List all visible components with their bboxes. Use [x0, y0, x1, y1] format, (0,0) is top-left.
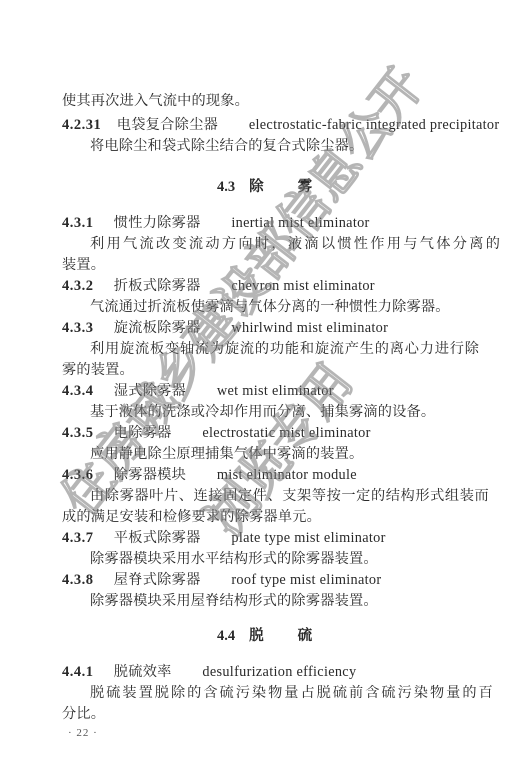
- term-chinese: 湿式除雾器: [114, 382, 186, 400]
- term-english: electrostatic mist eliminator: [202, 425, 370, 441]
- term-english: whirlwind mist eliminator: [231, 320, 388, 336]
- term-definition: 由除雾器叶片、连接固定件、支架等按一定的结构形式组装而: [90, 487, 489, 505]
- term-entry-heading: 4.3.8 屋脊式除雾器 roof type mist eliminator: [62, 571, 381, 589]
- term-number: 4.3.7: [62, 529, 109, 547]
- section-title-char: 雾: [298, 178, 313, 195]
- term-chinese: 折板式除雾器: [114, 277, 201, 295]
- term-entry-heading: 4.4.1 脱硫效率 desulfurization efficiency: [62, 663, 356, 681]
- section-number: 4.3: [217, 179, 235, 195]
- continuation-text: 使其再次进入气流中的现象。: [62, 92, 249, 110]
- term-chinese: 屋脊式除雾器: [114, 571, 201, 589]
- term-chinese: 旋流板除雾器: [114, 319, 201, 337]
- term-definition: 脱硫装置脱除的含硫污染物量占脱硫前含硫污染物量的百: [90, 684, 495, 702]
- section-title-char: 脱: [249, 627, 264, 644]
- term-english: plate type mist eliminator: [231, 530, 385, 546]
- section-number: 4.4: [217, 628, 235, 644]
- term-definition: 装置。: [62, 256, 105, 274]
- term-definition: 利用气流改变流动方向时，液滴以惯性作用与气体分离的: [90, 235, 502, 253]
- term-number: 4.3.8: [62, 571, 109, 589]
- term-definition: 气流通过折流板使雾滴与气体分离的一种惯性力除雾器。: [90, 298, 450, 316]
- term-number: 4.3.1: [62, 214, 109, 232]
- page-number: · 22 ·: [68, 727, 98, 739]
- term-number: 4.3.3: [62, 319, 109, 337]
- term-definition: 分比。: [62, 705, 105, 723]
- term-number: 4.3.2: [62, 277, 109, 295]
- term-definition: 利用旋流板变轴流为旋流的功能和旋流产生的离心力进行除: [90, 340, 480, 358]
- term-definition: 基于液体的洗涤或冷却作用而分离、捕集雾滴的设备。: [90, 403, 435, 421]
- document-page: 使其再次进入气流中的现象。 4.2.31 电袋复合除尘器 electrostat…: [0, 0, 529, 768]
- term-english: inertial mist eliminator: [231, 215, 369, 231]
- term-definition: 除雾器模块采用屋脊结构形式的除雾器装置。: [90, 592, 378, 610]
- section-title-char: 除: [249, 178, 264, 195]
- term-chinese: 电除雾器: [114, 424, 172, 442]
- term-number: 4.3.4: [62, 382, 109, 400]
- term-definition: 应用静电除尘原理捕集气体中雾滴的装置。: [90, 445, 363, 463]
- term-definition: 除雾器模块采用水平结构形式的除雾器装置。: [90, 550, 378, 568]
- term-chinese: 平板式除雾器: [114, 529, 201, 547]
- term-entry-heading: 4.3.5 电除雾器 electrostatic mist eliminator: [62, 424, 371, 442]
- term-english: electrostatic-fabric integrated precipit…: [249, 117, 500, 133]
- term-number: 4.2.31: [62, 116, 112, 134]
- term-english: mist eliminator module: [217, 467, 357, 483]
- term-english: wet mist eliminator: [217, 383, 334, 399]
- term-english: chevron mist eliminator: [231, 278, 374, 294]
- term-english: roof type mist eliminator: [231, 572, 381, 588]
- term-entry-heading: 4.3.7 平板式除雾器 plate type mist eliminator: [62, 529, 386, 547]
- term-chinese: 惯性力除雾器: [114, 214, 201, 232]
- term-definition: 将电除尘和袋式除尘结合的复合式除尘器。: [90, 137, 363, 155]
- term-entry-heading: 4.3.3 旋流板除雾器 whirlwind mist eliminator: [62, 319, 388, 337]
- term-english: desulfurization efficiency: [202, 664, 356, 680]
- term-entry-heading: 4.2.31 电袋复合除尘器 electrostatic-fabric inte…: [62, 116, 499, 134]
- term-chinese: 除雾器模块: [114, 466, 186, 484]
- term-chinese: 脱硫效率: [114, 663, 172, 681]
- section-heading: 4.4脱硫: [0, 627, 529, 645]
- term-chinese: 电袋复合除尘器: [117, 116, 218, 134]
- term-entry-heading: 4.3.6 除雾器模块 mist eliminator module: [62, 466, 357, 484]
- term-number: 4.3.5: [62, 424, 109, 442]
- term-entry-heading: 4.3.2 折板式除雾器 chevron mist eliminator: [62, 277, 375, 295]
- term-entry-heading: 4.3.1 惯性力除雾器 inertial mist eliminator: [62, 214, 370, 232]
- term-number: 4.3.6: [62, 466, 109, 484]
- term-number: 4.4.1: [62, 663, 109, 681]
- term-definition: 成的满足安装和检修要求的除雾器单元。: [62, 508, 321, 526]
- section-title-char: 硫: [298, 627, 313, 644]
- term-entry-heading: 4.3.4 湿式除雾器 wet mist eliminator: [62, 382, 334, 400]
- term-definition: 雾的装置。: [62, 361, 134, 379]
- section-heading: 4.3除雾: [0, 178, 529, 196]
